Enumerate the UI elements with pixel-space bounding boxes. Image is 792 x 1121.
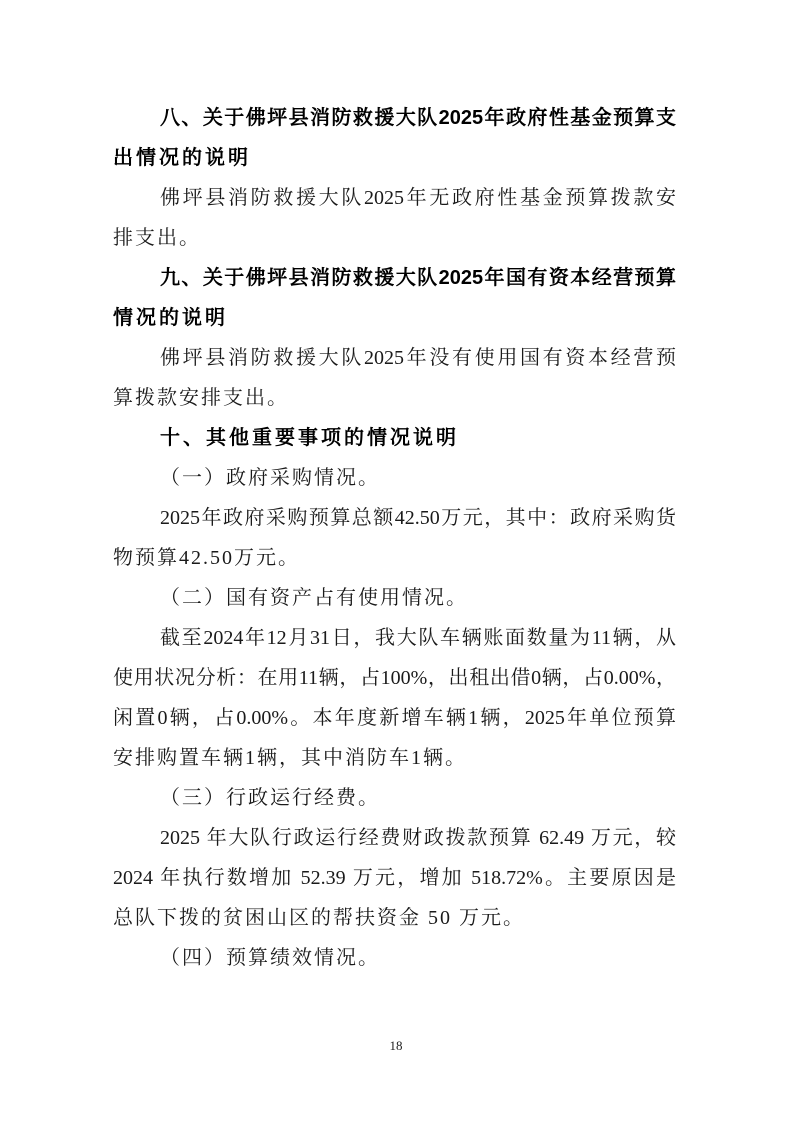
body-line: 总队下拨的贫困山区的帮扶资金 50 万元。: [113, 898, 676, 938]
heading-section-ten: 十、其他重要事项的情况说明: [113, 418, 676, 458]
body-line: （一）政府采购情况。: [113, 458, 676, 498]
body-line: 安排购置车辆1辆，其中消防车1辆。: [113, 738, 676, 778]
body-line: 使用状况分析：在用11辆，占100%，出租出借0辆，占0.00%，: [113, 658, 676, 698]
body-line: 2025 年大队行政运行经费财政拨款预算 62.49 万元，较: [113, 818, 676, 858]
para-govt-fund-budget: 佛坪县消防救援大队2025年无政府性基金预算拨款安 排支出。: [113, 178, 676, 258]
para-performance-title: （四）预算绩效情况。: [113, 938, 676, 978]
para-state-capital-budget: 佛坪县消防救援大队2025年没有使用国有资本经营预 算拨款安排支出。: [113, 338, 676, 418]
page-number: 18: [0, 1036, 792, 1056]
body-line: 2025年政府采购预算总额42.50万元，其中：政府采购货: [113, 498, 676, 538]
body-line: （三）行政运行经费。: [113, 778, 676, 818]
body-line: 截至2024年12月31日，我大队车辆账面数量为11辆，从: [113, 618, 676, 658]
body-line: 2024 年执行数增加 52.39 万元，增加 518.72%。主要原因是: [113, 858, 676, 898]
heading-line: 八、关于佛坪县消防救援大队2025年政府性基金预算支: [113, 98, 676, 138]
body-line: 排支出。: [113, 218, 676, 258]
document-page: 八、关于佛坪县消防救援大队2025年政府性基金预算支 出情况的说明 佛坪县消防救…: [0, 0, 792, 1121]
para-procurement-title: （一）政府采购情况。: [113, 458, 676, 498]
heading-line: 十、其他重要事项的情况说明: [113, 418, 676, 458]
document-body: 八、关于佛坪县消防救援大队2025年政府性基金预算支 出情况的说明 佛坪县消防救…: [113, 98, 676, 978]
heading-line: 情况的说明: [113, 298, 676, 338]
body-line: 物预算42.50万元。: [113, 538, 676, 578]
body-line: 闲置0辆，占0.00%。本年度新增车辆1辆，2025年单位预算: [113, 698, 676, 738]
heading-line: 九、关于佛坪县消防救援大队2025年国有资本经营预算: [113, 258, 676, 298]
para-state-assets-title: （二）国有资产占有使用情况。: [113, 578, 676, 618]
body-line: （四）预算绩效情况。: [113, 938, 676, 978]
para-procurement-detail: 2025年政府采购预算总额42.50万元，其中：政府采购货 物预算42.50万元…: [113, 498, 676, 578]
body-line: 算拨款安排支出。: [113, 378, 676, 418]
body-line: 佛坪县消防救援大队2025年无政府性基金预算拨款安: [113, 178, 676, 218]
para-state-assets-detail: 截至2024年12月31日，我大队车辆账面数量为11辆，从 使用状况分析：在用1…: [113, 618, 676, 778]
para-admin-expense-detail: 2025 年大队行政运行经费财政拨款预算 62.49 万元，较 2024 年执行…: [113, 818, 676, 938]
body-line: （二）国有资产占有使用情况。: [113, 578, 676, 618]
body-line: 佛坪县消防救援大队2025年没有使用国有资本经营预: [113, 338, 676, 378]
para-admin-expense-title: （三）行政运行经费。: [113, 778, 676, 818]
heading-section-eight: 八、关于佛坪县消防救援大队2025年政府性基金预算支 出情况的说明: [113, 98, 676, 178]
heading-section-nine: 九、关于佛坪县消防救援大队2025年国有资本经营预算 情况的说明: [113, 258, 676, 338]
heading-line: 出情况的说明: [113, 138, 676, 178]
